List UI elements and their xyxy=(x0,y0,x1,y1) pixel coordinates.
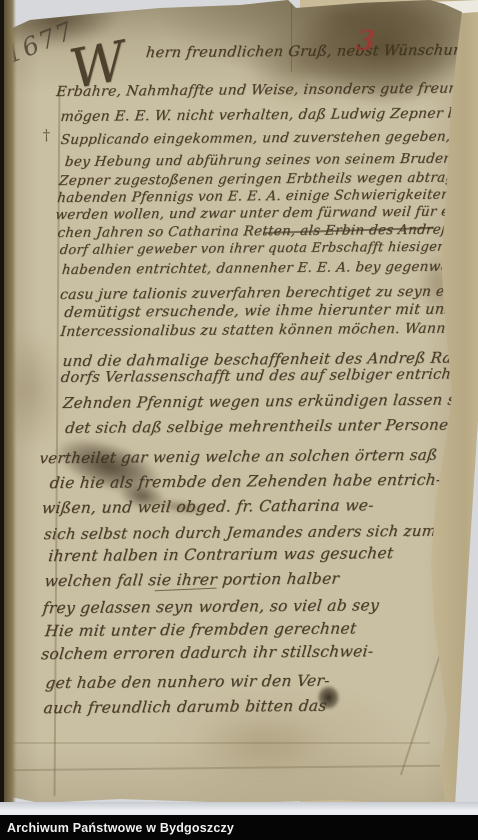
manuscript-line: die hie als frembde den Zehenden habe en… xyxy=(49,471,443,492)
manuscript-line: Erbahre, Nahmhaffte und Weise, insonders… xyxy=(56,80,478,100)
manuscript-line: sich selbst noch durch Jemandes anders s… xyxy=(43,522,451,544)
manuscript-line: dorfs Verlassenschafft und des auf selbi… xyxy=(60,366,478,386)
manuscript-line: mögen E. E. W. nicht verhalten, daß Ludw… xyxy=(60,105,478,125)
manuscript-line: auch freundlich darumb bitten das xyxy=(43,697,328,717)
archive-caption-bar: Archiwum Państwowe w Bydgoszczy xyxy=(0,815,478,840)
folio-number: 3 xyxy=(355,23,377,57)
manuscript-line: get habe den nunhero wir den Ver- xyxy=(45,672,331,692)
manuscript-line: det sich daß selbige mehrentheils unter … xyxy=(64,416,459,437)
manuscript-line: demütigst ersuchende, wie ihme hierunter… xyxy=(63,301,478,321)
manuscript-scan: W hern freundlichen Gruß, nebst Wünschun… xyxy=(0,0,478,840)
manuscript-line: habenden entrichtet, dannenher E. E. A. … xyxy=(61,258,478,278)
archive-label: Archiwum Państwowe w Bydgoszczy xyxy=(0,821,234,835)
manuscript-line: Intercessionalibus zu statten können möc… xyxy=(60,320,478,340)
manuscript-line: dorf alhier geweber von ihrer quota Erbs… xyxy=(59,239,478,258)
manuscript-line: vertheilet gar wenig welche an solchen ö… xyxy=(39,446,439,467)
margin-cross-mark: † xyxy=(43,126,51,144)
manuscript-line: solchem erroren dadurch ihr stillschwei- xyxy=(40,642,374,663)
manuscript-line: bey Hebung und abführung seines von sein… xyxy=(64,150,478,170)
scan-edge-left xyxy=(0,0,4,812)
manuscript-line: Supplicando eingekommen, und zuverstehen… xyxy=(60,128,478,148)
manuscript-line: Zehnden Pfennigt wegen uns erkündigen la… xyxy=(62,390,478,412)
manuscript-line: welchen fall sie ihrer portion halber xyxy=(44,570,340,591)
manuscript-line: Hie mit unter die frembden gerechnet xyxy=(44,619,357,640)
manuscript-line: casu jure talionis zuverfahren berechtig… xyxy=(59,283,478,303)
page-edge-shadow xyxy=(3,0,16,810)
manuscript-line: ihrent halben in Contrarium was gesuchet xyxy=(47,544,394,565)
manuscript-line: werden wollen, und zwar unter dem fürwan… xyxy=(55,203,470,223)
manuscript-line: hern freundlichen Gruß, nebst Wünschung … xyxy=(145,41,478,61)
manuscript-page: W hern freundlichen Gruß, nebst Wünschun… xyxy=(0,0,478,812)
manuscript-line: frey gelassen seyn worden, so viel ab se… xyxy=(42,596,380,617)
handwriting-block: W hern freundlichen Gruß, nebst Wünschun… xyxy=(0,0,478,812)
manuscript-line: wißen, und weil obged. fr. Catharina we- xyxy=(41,496,375,517)
